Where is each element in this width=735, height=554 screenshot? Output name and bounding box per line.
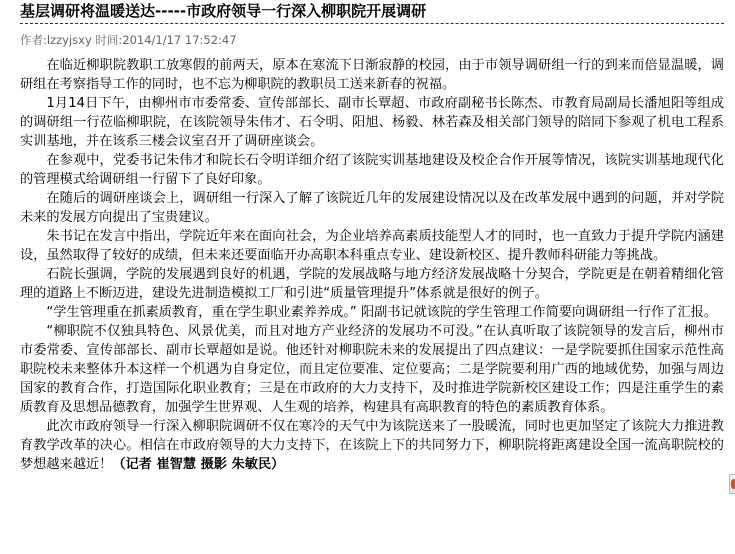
paragraph: 1月14日下午，由柳州市市委常委、宣传部部长、副市长覃超、市政府副秘书长陈杰、市…	[20, 94, 724, 151]
paragraph: 在参观中，党委书记朱伟才和院长石令明详细介绍了该院实训基地建设及校企合作开展等情…	[20, 151, 724, 189]
paragraph: 朱书记在发言中指出，学院近年来在面向社会，为企业培养高素质技能型人才的同时，也一…	[20, 227, 724, 265]
article-meta: 作者:lzzyjsxy 时间:2014/1/17 17:52:47	[20, 32, 724, 48]
article: 基层调研将温暖送达-----市政府领导一行深入柳职院开展调研 作者:lzzyjs…	[20, 0, 724, 474]
paragraph: 石院长强调，学院的发展遇到良好的机遇，学院的发展战略与地方经济发展战略十分契合，…	[20, 265, 724, 303]
paragraph: 在随后的调研座谈会上，调研组一行深入了解了该院近几年的发展建设情况以及在改革发展…	[20, 189, 724, 227]
author-label: 作者:	[20, 33, 47, 47]
byline: （记者 崔智慧 摄影 朱敏民）	[112, 457, 284, 472]
paragraph: “柳职院不仅独具特色、风景优美，而且对地方产业经济的发展功不可没。”在认真听取了…	[20, 322, 724, 417]
image-glyph-icon	[731, 479, 735, 489]
title-divider	[20, 23, 724, 24]
paragraph-final: 此次市政府领导一行深入柳职院调研不仅在寒冷的天气中为该院送来了一股暖流，同时也更…	[20, 417, 724, 474]
author-name: lzzyjsxy	[47, 33, 92, 47]
image-icon[interactable]	[729, 474, 735, 494]
publish-time: 2014/1/17 17:52:47	[122, 33, 236, 47]
article-title: 基层调研将温暖送达-----市政府领导一行深入柳职院开展调研	[20, 0, 724, 21]
paragraph: 在临近柳职院教职工放寒假的前两天，原本在寒流下日渐寂静的校园，由于市领导调研组一…	[20, 56, 724, 94]
time-label: 时间:	[92, 33, 123, 47]
paragraph: “学生管理重在抓素质教育，重在学生职业素养养成。” 阳副书记就该院的学生管理工作…	[20, 303, 724, 322]
article-body: 在临近柳职院教职工放寒假的前两天，原本在寒流下日渐寂静的校园，由于市领导调研组一…	[20, 56, 724, 474]
